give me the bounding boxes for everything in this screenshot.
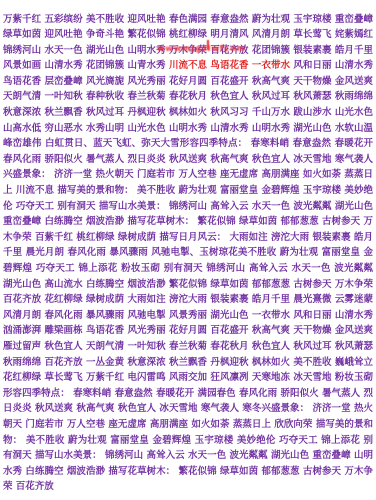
idiom-paragraph: 万紫千红 五彩缤纷 美不胜收 迎风吐艳 春色满园 春意盎然 蔚为壮观 玉宇琼楼 …: [3, 12, 373, 495]
idiom-text-after: 风和日丽 山清水秀 鸟语花香 层峦叠嶂 风光旖旎 风光秀丽 花好月圆 百花盛开 …: [3, 60, 373, 492]
red-tick-mark: [207, 40, 209, 50]
highlighted-idioms: 川流不息 鸟语花香 一衣带水: [169, 60, 290, 71]
illegible-red-watermark-text: wwwmjgzlwfcom: [157, 44, 246, 53]
document-page: 万紫千红 五彩缤纷 美不胜收 迎风吐艳 春色满园 春意盎然 蔚为壮观 玉宇琼楼 …: [0, 0, 376, 500]
